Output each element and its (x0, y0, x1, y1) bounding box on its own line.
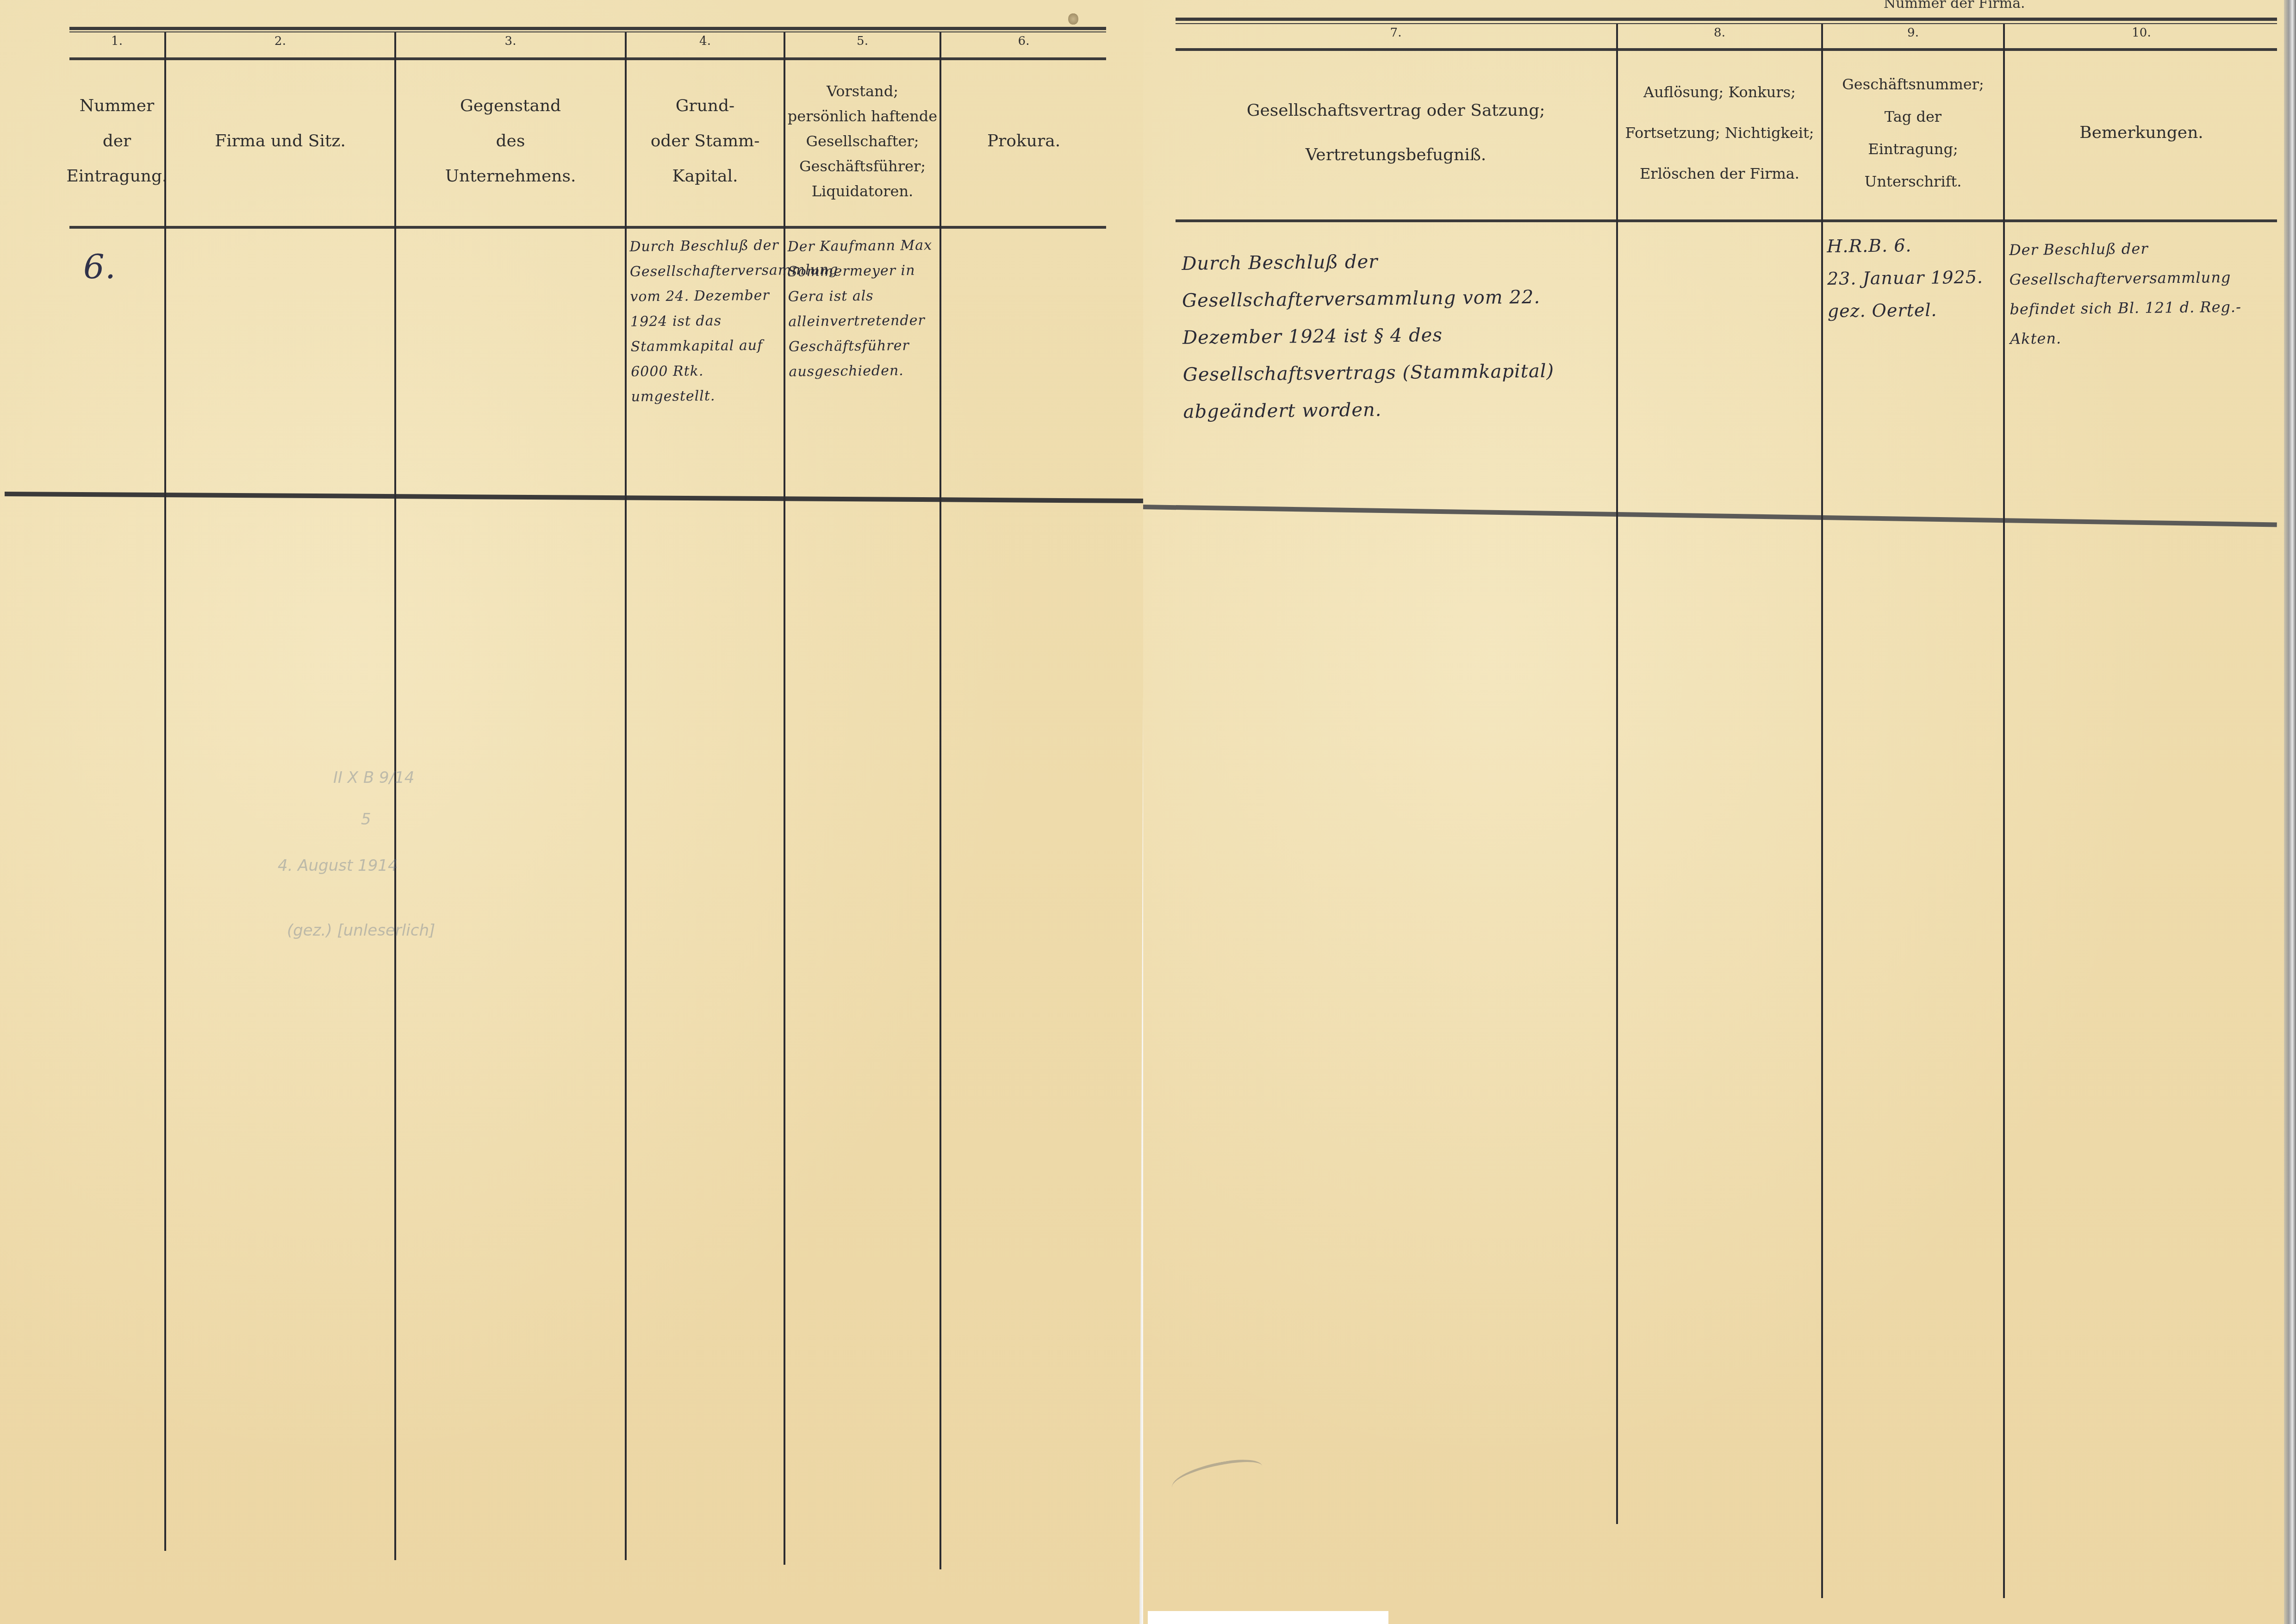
show-through-signature: (gez.) [unleserlich] (287, 921, 435, 940)
col-5-heading: Vorstand; persönlich haftende Gesellscha… (785, 60, 940, 222)
col-7-number: 7. (1176, 26, 1616, 40)
col-6-number: 6. (941, 34, 1106, 48)
col-1-number: 1. (69, 34, 164, 48)
left-page: 1. 2. 3. 4. 5. 6. Nummer der Eintragung.… (0, 0, 1143, 1624)
header-top-rule (69, 27, 1106, 30)
entry-bemerkungen: Der Beschluß der Gesellschafterversammlu… (2009, 232, 2270, 354)
col-10-number: 10. (2005, 26, 2278, 40)
col-1-heading: Nummer der Eintragung. (69, 60, 164, 222)
col-divider-5-6 (940, 32, 941, 1569)
col-7-heading: Gesellschaftsvertrag oder Satzung; Vertr… (1176, 52, 1616, 214)
show-through-num: 5 (361, 810, 371, 829)
entry-bottom-rule (5, 492, 1143, 503)
entry-vorstand: Der Kaufmann Max Sommermeyer in Gera ist… (787, 233, 939, 384)
show-through-ref: II X B 9/14 (333, 768, 414, 787)
right-page: Nummer der Firma. 7. 8. 9. 10. Gesellsch… (1143, 0, 2296, 1624)
col-3-heading: Gegenstand des Unternehmens. (396, 60, 625, 222)
col-8-heading: Auflösung; Konkurs; Fortsetzung; Nichtig… (1618, 52, 1821, 214)
entry-geschaeftsnummer: H.R.B. 6. 23. Januar 1925. gez. Oertel. (1827, 228, 2004, 327)
col-10-heading: Bemerkungen. (2005, 52, 2278, 214)
col-4-heading: Grund- oder Stamm- Kapital. (627, 60, 784, 222)
pencil-mark (1169, 1455, 1265, 1499)
entry-number: 6. (83, 250, 116, 284)
header-num-rule (1176, 48, 2277, 51)
col-divider-3-4 (625, 32, 627, 1560)
col-9-heading: Geschäftsnummer; Tag der Eintragung; Unt… (1823, 52, 2003, 214)
col-8-number: 8. (1618, 26, 1821, 40)
scan-background (1148, 1611, 1388, 1624)
col-2-heading: Firma und Sitz. (166, 60, 394, 222)
col-6-heading: Prokura. (941, 60, 1106, 222)
show-through-date: 4. August 1914 (278, 856, 398, 875)
col-3-number: 3. (396, 34, 625, 48)
entry-gesellschaftsvertrag: Durch Beschluß der Gesellschafterversamm… (1182, 241, 1614, 431)
col-2-number: 2. (166, 34, 394, 48)
entry-bottom-rule (1143, 505, 2277, 527)
col-5-number: 5. (785, 34, 940, 48)
book-edge (2284, 0, 2296, 1624)
header-bottom-rule (69, 226, 1106, 229)
col-divider-9-10 (2003, 24, 2005, 1598)
header-bottom-rule (1176, 219, 2277, 222)
col-4-number: 4. (627, 34, 784, 48)
header-top-thin-rule (1176, 23, 2277, 24)
firm-number-label: Nummer der Firma. (1884, 0, 2025, 12)
col-9-number: 9. (1823, 26, 2003, 40)
col-divider-7-8 (1616, 24, 1618, 1524)
header-top-thin-rule (69, 31, 1106, 32)
entry-kapital: Durch Beschluß der Gesellschafterversamm… (629, 233, 784, 409)
col-divider-8-9 (1821, 24, 1823, 1598)
col-divider-2-3 (394, 32, 396, 1560)
paper-stain (1068, 13, 1078, 25)
col-divider-1-2 (164, 32, 166, 1551)
header-top-rule (1176, 18, 2277, 21)
